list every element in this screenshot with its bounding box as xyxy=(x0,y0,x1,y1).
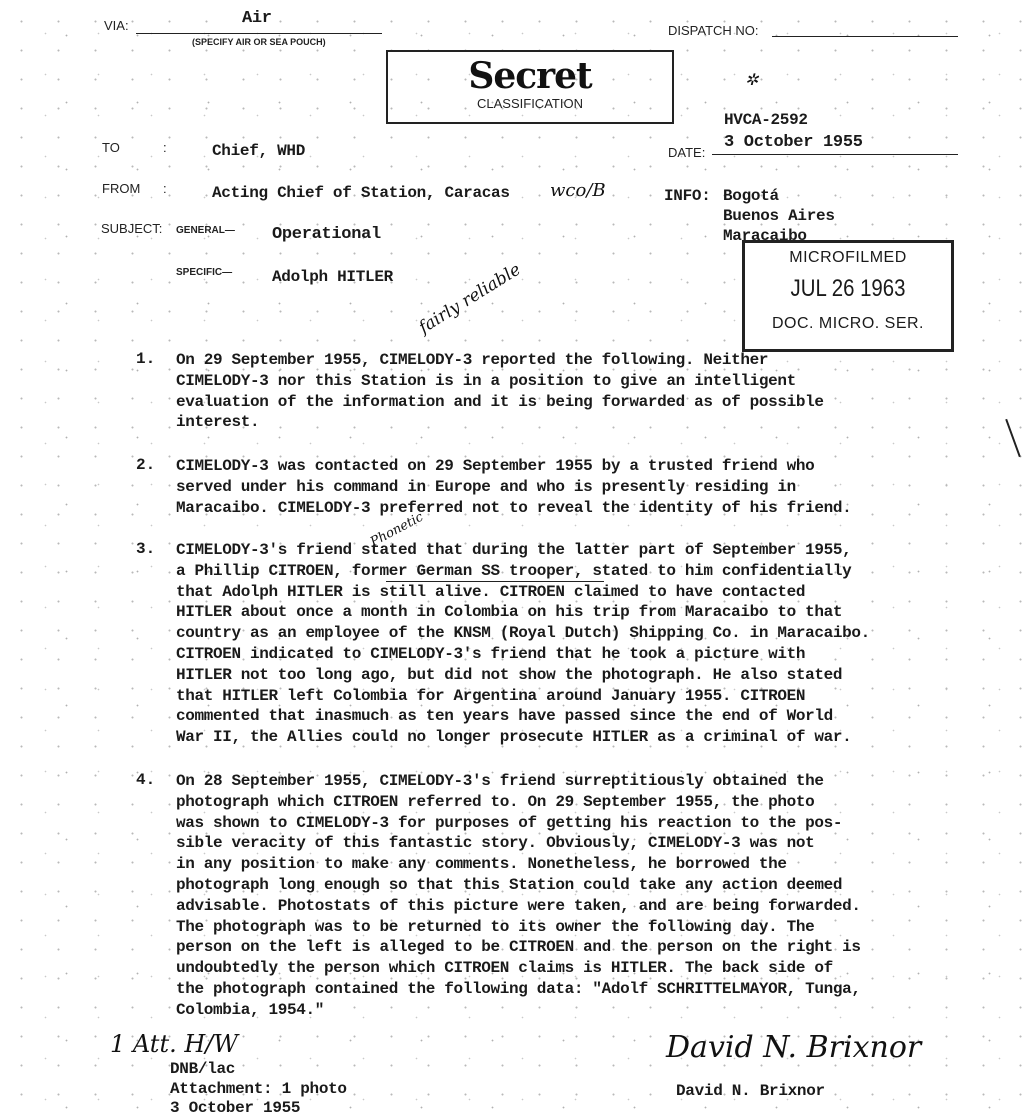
classification-value: Secret xyxy=(388,58,672,94)
paragraph-2: 2. CIMELODY-3 was contacted on 29 Septem… xyxy=(136,456,956,518)
paragraph-3: 3. CIMELODY-3's friend stated that durin… xyxy=(136,540,956,748)
to-value: Chief, WHD xyxy=(212,142,305,160)
paragraph-text: On 28 September 1955, CIMELODY-3's frien… xyxy=(176,771,956,1021)
handwritten-fairly-reliable: fairly reliable xyxy=(415,260,524,338)
from-label: FROM xyxy=(102,181,140,196)
classification-label: CLASSIFICATION xyxy=(388,96,672,111)
underline-former-german-ss-trooper xyxy=(386,581,604,582)
paragraph-number: 1. xyxy=(136,350,155,368)
date-value: 3 October 1955 xyxy=(724,133,863,152)
microfilmed-stamp: MICROFILMED JUL 26 1963 DOC. MICRO. SER. xyxy=(742,240,954,352)
classification-box: Secret CLASSIFICATION xyxy=(386,50,674,124)
general-label: GENERAL— xyxy=(176,225,235,236)
signature: David N. Brixnor xyxy=(666,1030,921,1065)
stamp-line-1: MICROFILMED xyxy=(745,249,951,267)
subject-label: SUBJECT: xyxy=(101,221,162,236)
handwritten-attachment-note: 1 Att. H/W xyxy=(110,1030,238,1058)
date-label: DATE: xyxy=(668,145,705,160)
stamp-date: JUL 26 1963 xyxy=(760,275,935,303)
specific-value: Adolph HITLER xyxy=(272,268,393,286)
to-label: TO xyxy=(102,140,120,155)
via-label: VIA: xyxy=(104,18,129,33)
paragraph-number: 4. xyxy=(136,771,155,789)
general-value: Operational xyxy=(272,225,381,244)
info-label: INFO: xyxy=(664,187,711,205)
via-value: Air xyxy=(242,9,272,28)
specific-label: SPECIFIC— xyxy=(176,267,232,278)
paragraph-number: 3. xyxy=(136,540,155,558)
dispatch-label: DISPATCH NO: xyxy=(668,23,759,38)
paragraph-1: 1. On 29 September 1955, CIMELODY-3 repo… xyxy=(136,350,956,433)
via-hint: (SPECIFY AIR OR SEA POUCH) xyxy=(192,37,326,47)
initials: DNB/lac xyxy=(170,1060,235,1078)
signature-typed-name: David N. Brixnor xyxy=(676,1082,825,1100)
margin-mark xyxy=(1005,419,1021,457)
to-colon: : xyxy=(163,140,167,155)
info-value-2: Buenos Aires xyxy=(723,207,835,225)
from-value: Acting Chief of Station, Caracas xyxy=(212,184,510,202)
via-rule xyxy=(136,33,382,34)
footer-date: 3 October 1955 xyxy=(170,1099,300,1117)
paragraph-text: On 29 September 1955, CIMELODY-3 reporte… xyxy=(176,350,956,433)
date-rule xyxy=(712,154,958,155)
dispatch-rule xyxy=(772,36,958,37)
info-value-1: Bogotá xyxy=(723,187,779,205)
paragraph-4: 4. On 28 September 1955, CIMELODY-3's fr… xyxy=(136,771,956,1021)
stamp-line-3: DOC. MICRO. SER. xyxy=(745,315,951,333)
dispatch-symbol: HVCA-2592 xyxy=(724,111,808,129)
paragraph-text: CIMELODY-3's friend stated that during t… xyxy=(176,540,956,748)
from-handwritten-note: wco/B xyxy=(550,180,606,201)
paragraph-text: CIMELODY-3 was contacted on 29 September… xyxy=(176,456,956,518)
from-colon: : xyxy=(163,181,167,196)
handwritten-mark: ✲ xyxy=(745,70,758,89)
attachment-line: Attachment: 1 photo xyxy=(170,1080,347,1098)
paragraph-number: 2. xyxy=(136,456,155,474)
